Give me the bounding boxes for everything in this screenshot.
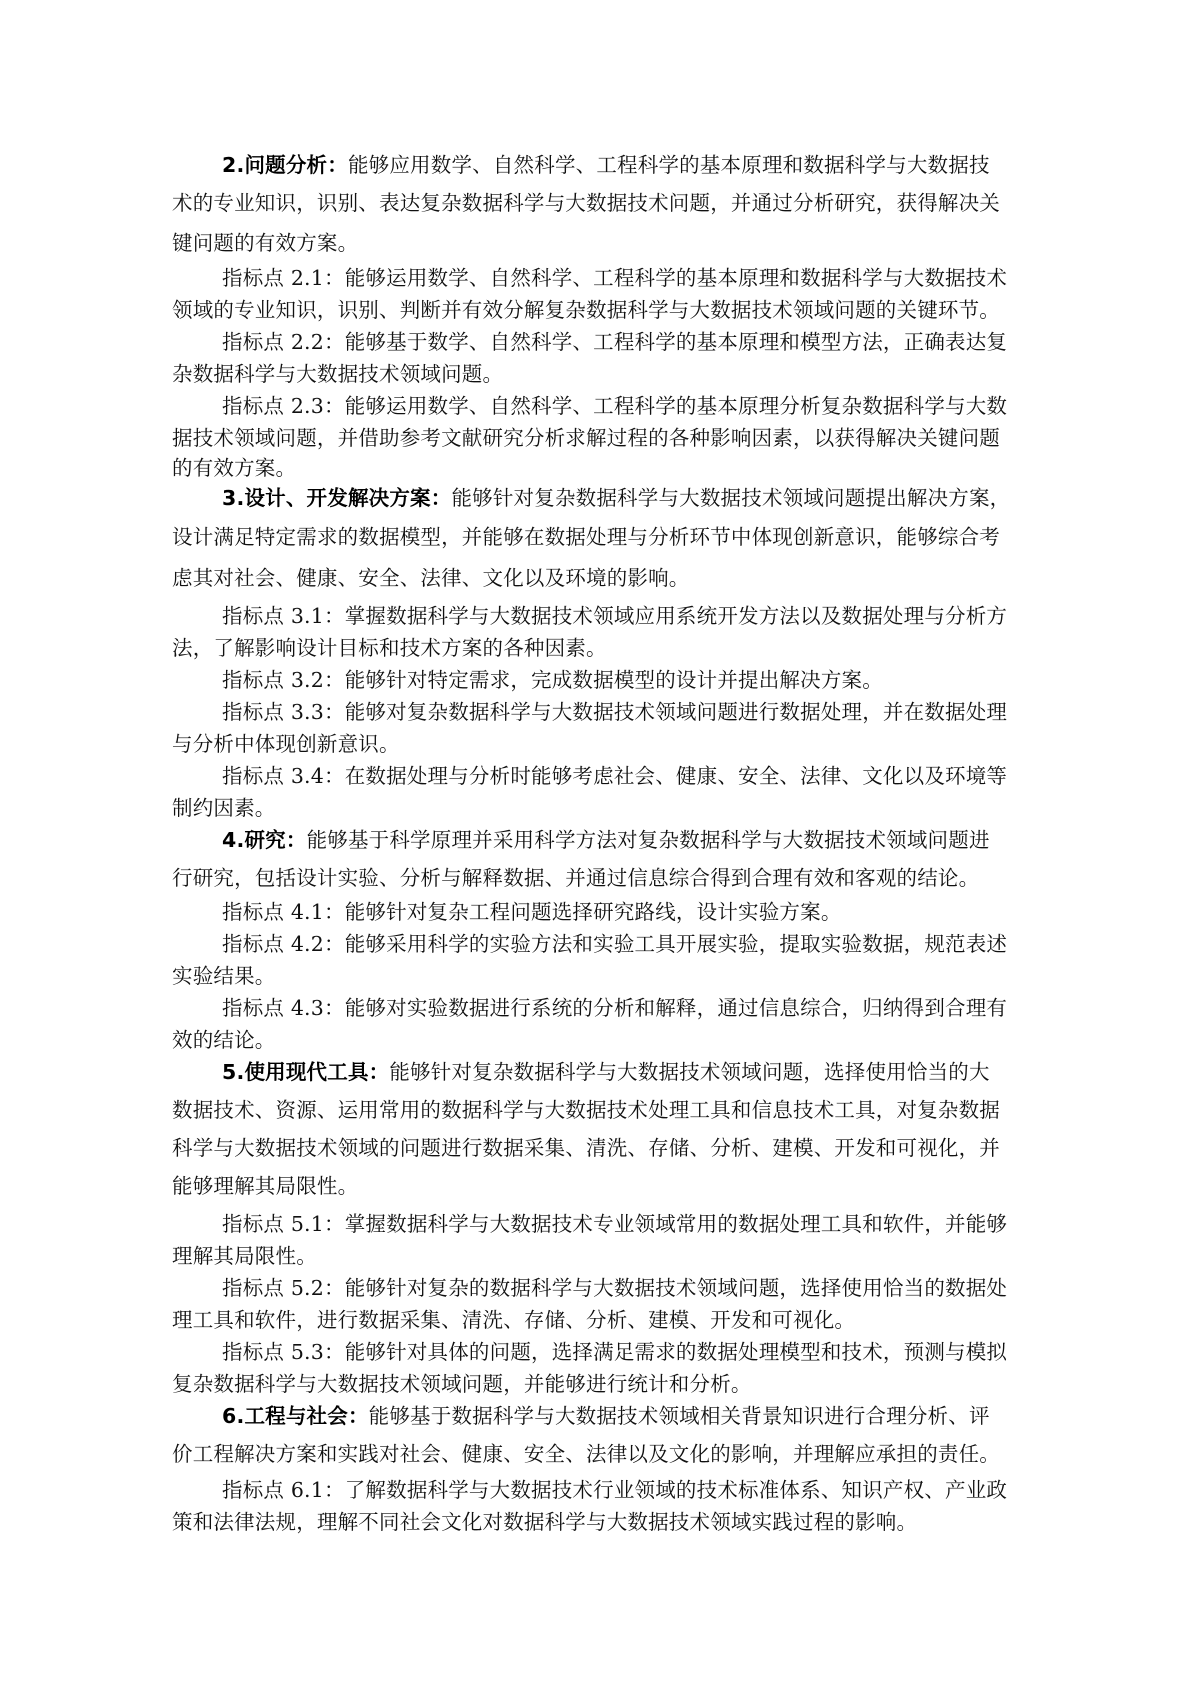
section-text-line: 能够理解其局限性。 bbox=[172, 1171, 1012, 1201]
indicator-2-3: 指标点 2.3：能够运用数学、自然科学、工程科学的基本原理分析复杂数据科学与大数 bbox=[222, 391, 1012, 421]
section-title: 研究： bbox=[244, 828, 306, 852]
indicator-4-1: 指标点 4.1：能够针对复杂工程问题选择研究路线，设计实验方案。 bbox=[222, 897, 1012, 927]
section-heading-4: 4.研究：能够基于科学原理并采用科学方法对复杂数据科学与大数据技术领域问题进 bbox=[222, 825, 1012, 855]
section-heading-3: 3.设计、开发解决方案：能够针对复杂数据科学与大数据技术领域问题提出解决方案， bbox=[222, 483, 1012, 513]
indicator-text-line: 据技术领域问题，并借助参考文献研究分析求解过程的各种影响因素，以获得解决关键问题 bbox=[172, 423, 1012, 453]
indicator-text: 掌握数据科学与大数据技术领域应用系统开发方法以及数据处理与分析方 bbox=[345, 604, 1007, 628]
indicator-label: 指标点 3.4： bbox=[222, 764, 345, 788]
indicator-label: 指标点 2.1： bbox=[222, 266, 345, 290]
section-text: 能够基于科学原理并采用科学方法对复杂数据科学与大数据技术领域问题进 bbox=[307, 828, 990, 852]
indicator-3-3: 指标点 3.3：能够对复杂数据科学与大数据技术领域问题进行数据处理，并在数据处理 bbox=[222, 697, 1012, 727]
indicator-label: 指标点 4.1： bbox=[222, 900, 345, 924]
section-title: 设计、开发解决方案： bbox=[244, 486, 451, 510]
section-heading-5: 5.使用现代工具：能够针对复杂数据科学与大数据技术领域问题，选择使用恰当的大 bbox=[222, 1057, 1012, 1087]
indicator-text-line: 领域的专业知识，识别、判断并有效分解复杂数据科学与大数据技术领域问题的关键环节。 bbox=[172, 295, 1012, 325]
section-text-line: 虑其对社会、健康、安全、法律、文化以及环境的影响。 bbox=[172, 563, 1012, 593]
indicator-5-3: 指标点 5.3：能够针对具体的问题，选择满足需求的数据处理模型和技术，预测与模拟 bbox=[222, 1337, 1012, 1367]
indicator-2-1: 指标点 2.1：能够运用数学、自然科学、工程科学的基本原理和数据科学与大数据技术 bbox=[222, 263, 1012, 293]
indicator-text: 能够采用科学的实验方法和实验工具开展实验，提取实验数据，规范表述 bbox=[345, 932, 1007, 956]
indicator-label: 指标点 5.1： bbox=[222, 1212, 345, 1236]
indicator-text: 能够运用数学、自然科学、工程科学的基本原理分析复杂数据科学与大数 bbox=[345, 394, 1007, 418]
indicator-label: 指标点 2.2： bbox=[222, 330, 345, 354]
indicator-text-line: 理工具和软件，进行数据采集、清洗、存储、分析、建模、开发和可视化。 bbox=[172, 1305, 1012, 1335]
section-heading-2: 2.问题分析：能够应用数学、自然科学、工程科学的基本原理和数据科学与大数据技 bbox=[222, 150, 1012, 180]
indicator-text-line: 杂数据科学与大数据技术领域问题。 bbox=[172, 359, 1012, 389]
section-text-line: 价工程解决方案和实践对社会、健康、安全、法律以及文化的影响，并理解应承担的责任。 bbox=[172, 1439, 1012, 1469]
indicator-3-1: 指标点 3.1：掌握数据科学与大数据技术领域应用系统开发方法以及数据处理与分析方 bbox=[222, 601, 1012, 631]
indicator-text-line: 的有效方案。 bbox=[172, 453, 1012, 483]
section-text-line: 设计满足特定需求的数据模型，并能够在数据处理与分析环节中体现创新意识，能够综合考 bbox=[172, 522, 1012, 552]
section-title: 使用现代工具： bbox=[244, 1060, 389, 1084]
indicator-text-line: 策和法律法规，理解不同社会文化对数据科学与大数据技术领域实践过程的影响。 bbox=[172, 1507, 1012, 1537]
indicator-text: 掌握数据科学与大数据技术专业领域常用的数据处理工具和软件，并能够 bbox=[345, 1212, 1007, 1236]
indicator-label: 指标点 6.1： bbox=[222, 1478, 345, 1502]
indicator-text: 能够对实验数据进行系统的分析和解释，通过信息综合，归纳得到合理有 bbox=[345, 996, 1007, 1020]
indicator-text: 能够对复杂数据科学与大数据技术领域问题进行数据处理，并在数据处理 bbox=[345, 700, 1007, 724]
indicator-text: 在数据处理与分析时能够考虑社会、健康、安全、法律、文化以及环境等 bbox=[345, 764, 1007, 788]
section-title: 问题分析： bbox=[244, 153, 348, 177]
section-text-line: 键问题的有效方案。 bbox=[172, 228, 1012, 258]
indicator-text-line: 理解其局限性。 bbox=[172, 1241, 1012, 1271]
indicator-text: 能够针对特定需求，完成数据模型的设计并提出解决方案。 bbox=[345, 668, 883, 692]
indicator-6-1: 指标点 6.1：了解数据科学与大数据技术行业领域的技术标准体系、知识产权、产业政 bbox=[222, 1475, 1012, 1505]
indicator-label: 指标点 4.3： bbox=[222, 996, 345, 1020]
section-heading-6: 6.工程与社会：能够基于数据科学与大数据技术领域相关背景知识进行合理分析、评 bbox=[222, 1401, 1012, 1431]
indicator-3-2: 指标点 3.2：能够针对特定需求，完成数据模型的设计并提出解决方案。 bbox=[222, 665, 1012, 695]
indicator-2-2: 指标点 2.2：能够基于数学、自然科学、工程科学的基本原理和模型方法，正确表达复 bbox=[222, 327, 1012, 357]
section-number: 5. bbox=[222, 1060, 244, 1084]
section-number: 2. bbox=[222, 153, 244, 177]
section-text-line: 科学与大数据技术领域的问题进行数据采集、清洗、存储、分析、建模、开发和可视化，并 bbox=[172, 1133, 1012, 1163]
indicator-3-4: 指标点 3.4：在数据处理与分析时能够考虑社会、健康、安全、法律、文化以及环境等 bbox=[222, 761, 1012, 791]
indicator-text-line: 法，了解影响设计目标和技术方案的各种因素。 bbox=[172, 633, 1012, 663]
indicator-4-3: 指标点 4.3：能够对实验数据进行系统的分析和解释，通过信息综合，归纳得到合理有 bbox=[222, 993, 1012, 1023]
indicator-label: 指标点 5.2： bbox=[222, 1276, 345, 1300]
indicator-4-2: 指标点 4.2：能够采用科学的实验方法和实验工具开展实验，提取实验数据，规范表述 bbox=[222, 929, 1012, 959]
indicator-label: 指标点 3.3： bbox=[222, 700, 345, 724]
indicator-text-line: 复杂数据科学与大数据技术领域问题，并能够进行统计和分析。 bbox=[172, 1369, 1012, 1399]
indicator-label: 指标点 3.1： bbox=[222, 604, 345, 628]
section-text: 能够针对复杂数据科学与大数据技术领域问题，选择使用恰当的大 bbox=[389, 1060, 989, 1084]
section-number: 6. bbox=[222, 1404, 244, 1428]
section-text: 能够针对复杂数据科学与大数据技术领域问题提出解决方案， bbox=[451, 486, 1010, 510]
indicator-text: 能够基于数学、自然科学、工程科学的基本原理和模型方法，正确表达复 bbox=[345, 330, 1007, 354]
indicator-text: 了解数据科学与大数据技术行业领域的技术标准体系、知识产权、产业政 bbox=[345, 1478, 1007, 1502]
section-number: 3. bbox=[222, 486, 244, 510]
section-number: 4. bbox=[222, 828, 244, 852]
indicator-text-line: 效的结论。 bbox=[172, 1025, 1012, 1055]
indicator-text-line: 与分析中体现创新意识。 bbox=[172, 729, 1012, 759]
indicator-label: 指标点 4.2： bbox=[222, 932, 345, 956]
indicator-label: 指标点 2.3： bbox=[222, 394, 345, 418]
section-text-line: 数据技术、资源、运用常用的数据科学与大数据技术处理工具和信息技术工具，对复杂数据 bbox=[172, 1095, 1012, 1125]
indicator-text: 能够针对具体的问题，选择满足需求的数据处理模型和技术，预测与模拟 bbox=[345, 1340, 1007, 1364]
indicator-text-line: 实验结果。 bbox=[172, 961, 1012, 991]
indicator-text: 能够针对复杂工程问题选择研究路线，设计实验方案。 bbox=[345, 900, 842, 924]
section-text: 能够应用数学、自然科学、工程科学的基本原理和数据科学与大数据技 bbox=[348, 153, 990, 177]
indicator-label: 指标点 5.3： bbox=[222, 1340, 345, 1364]
document-page: 2.问题分析：能够应用数学、自然科学、工程科学的基本原理和数据科学与大数据技 术… bbox=[0, 0, 1190, 1684]
section-text-line: 术的专业知识，识别、表达复杂数据科学与大数据技术问题，并通过分析研究，获得解决关 bbox=[172, 188, 1012, 218]
indicator-text: 能够运用数学、自然科学、工程科学的基本原理和数据科学与大数据技术 bbox=[345, 266, 1007, 290]
section-text-line: 行研究，包括设计实验、分析与解释数据、并通过信息综合得到合理有效和客观的结论。 bbox=[172, 863, 1012, 893]
indicator-5-2: 指标点 5.2：能够针对复杂的数据科学与大数据技术领域问题，选择使用恰当的数据处 bbox=[222, 1273, 1012, 1303]
indicator-text: 能够针对复杂的数据科学与大数据技术领域问题，选择使用恰当的数据处 bbox=[345, 1276, 1007, 1300]
indicator-label: 指标点 3.2： bbox=[222, 668, 345, 692]
section-title: 工程与社会： bbox=[244, 1404, 368, 1428]
indicator-text-line: 制约因素。 bbox=[172, 793, 1012, 823]
indicator-5-1: 指标点 5.1：掌握数据科学与大数据技术专业领域常用的数据处理工具和软件，并能够 bbox=[222, 1209, 1012, 1239]
section-text: 能够基于数据科学与大数据技术领域相关背景知识进行合理分析、评 bbox=[369, 1404, 990, 1428]
